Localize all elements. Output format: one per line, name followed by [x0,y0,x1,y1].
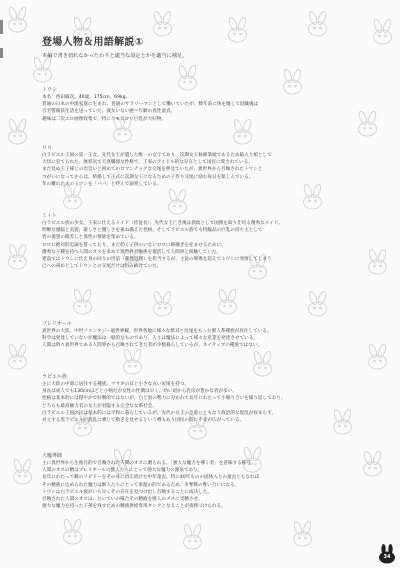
section-heading: 大魔導師 [42,452,362,459]
section-line: 身長は成人でも130cmほどと小柄だが女性の性徴は早く、幼い頃から乳房が豊かな者… [42,388,362,395]
section-line: トウシは白ラビエル族がいち早くその存在を見つけ出し召喚することに成功した。 [42,489,362,496]
section-line: 召喚された人間のオスは、たいていの場合その精液を獣人のメスに受精させ、 [42,496,362,503]
section-heading: プレリオール [42,320,362,327]
section-line: 性格は基本的には穏やかで好戦的ではないが、白と黒の勢力に分かれて長年にわたって小… [42,395,362,402]
section-heading: ミィト [42,212,362,219]
section-line: 年の離れた夫のトウシを「パパ」と呼んで溺愛している。 [42,181,362,188]
section-line: 強大な魔力を持った子孫を残すための精液供給専用タンクとなることが義務づけられる。 [42,503,362,510]
section-line: まだ見ぬ王子様との出会いと初めてのロマンチックな交尾を夢見ていたが、異世界から召… [42,166,362,173]
section-prelioール: プレリオール 異世界の大陸。中世ファンタジー風世界観。世界各地に様々な獣耳と尻尾… [42,320,362,350]
section-line: 建前ではトウシに仕え身の回りの世話（兼性処理）を担当するが、主従の関係を超えてト… [42,256,362,263]
page-title: 登場人物＆用語解説① [42,33,143,48]
section-line: 己への戒めとしてトウシとの交尾だけは拒み続けていた。 [42,263,362,270]
section-line: つがいになってからは、結婚して正式に次期女王になるための子作り交尾に励む毎日を楽… [42,174,362,181]
section-toushi: トウシ 本名：西田敏次。40歳。175cm、69kg。 普通の日本の中流家庭に生… [42,86,362,123]
section-line: 人間は時々異世界である人間界から召喚されてきた者が少数暮らしているが、ネイティブ… [42,342,362,349]
section-line: 本名：西田敏次。40歳。175cm、69kg。 [42,94,362,101]
section-rabiel-tribe: ラビエル族 主に大陸の中部に居住する種族。ウサギの耳と小さな丸い尻尾を持つ。 身… [42,373,362,424]
section-line: 普通の日本の中流家庭に生まれ、普通のサラリーマンとして働いていたが、数年前に体を… [42,101,362,108]
section-heading: ラビエル族 [42,373,362,380]
page-subtitle: 本編で書き切れなかったわりと適当な設定とかを適当に補足。 [42,52,187,59]
section-line: 優秀な子種を持つ人間のオスを求めて異世界召喚術を復活して人間界と接触していた。 [42,249,362,256]
section-line: 白ラビエル王国の民は基本的には平和に暮らしているが、先代の女王の急逝にともなう政… [42,410,362,417]
section-line: どちらも最高権力者の女王が君臨する完全な女系社会。 [42,403,362,410]
section-line: 長年にわたって雌のリビドーをその身に浴え続けた中年童貞、特に40年ものの固体入り… [42,474,362,481]
page-number-badge: 34 [378,544,396,564]
document-page: 登場人物＆用語解説① 本編で書き切れなかったわりと適当な設定とかを適当に補足。 … [0,0,400,568]
section-line: 皆の羨望の眼差しと異性の情欲を集めている。 [42,234,362,241]
section-line: 人間のオスの精はプレリオールの獣人たちにとって強大な魔力の源泉であり、 [42,467,362,474]
section-line: 対立する黒ラビエルが混乱に乗じて動きを見せるという噂もあり国民の間に不安が広がっ… [42,417,362,424]
scan-edge-mark [0,48,3,58]
section-line: その精液に込められた魔力は獣人たちにとって垂涎の的であるため、争奪戦の奪い合いに… [42,482,362,489]
section-roro: ロロ 白ラビエル王国の第一王女。先代女王が遺した唯一の女子であり、次期女王候補筆… [42,144,362,188]
page-number: 34 [378,554,396,560]
section-line: 主に異世界から生殖目的で召喚された人間のオスに贈られる、「強大な魔力を導く者」を… [42,460,362,467]
section-line: 白ラビエル族の少女。王家に仕えるメイド（侍従長）。先代女王亡き後は摂政として国務… [42,220,362,227]
section-line: 科学は発達していないが魔法は一般的なものであり、人々は魔法によって様々な産業を発… [42,335,362,342]
section-heading: トウシ [42,86,362,93]
scan-edge-mark [0,20,3,34]
section-heading: ロロ [42,144,362,151]
section-miito: ミィト 白ラビエル族の少女。王家に仕えるメイド（侍従長）。先代女王亡き後は摂政と… [42,212,362,270]
section-line: 自宅警備員生活を送っていた。彼女いない歴＝年齢の真性童貞。 [42,108,362,115]
section-line: ロロに絶対的忠誠を誓っており、まだ幼く子供のいないロロに跡継ぎを産ませるために、 [42,242,362,249]
section-line: 趣味は二次エロ画像収集で、特にケモ耳ロリ巨乳が大好物。 [42,116,362,123]
section-archmage: 大魔導師 主に異世界から生殖目的で召喚された人間のオスに贈られる、「強大な魔力を… [42,452,362,510]
section-line: 白ラビエル王国の第一王女。先代女王が遺した唯一の女子であり、次期女王候補筆頭であ… [42,152,362,159]
section-line: 大切に育てられた。無邪気で天真爛漫な性格で、王家のアイドル的な存在として国民に愛… [42,159,362,166]
section-line: 主に大陸の中部に居住する種族。ウサギの耳と小さな丸い尻尾を持つ。 [42,381,362,388]
section-line: 明晰な頭脳と美貌、厳しさと優しさを兼ね備えた性格。そしてラビエル族でも特級品の巨… [42,227,362,234]
section-line: 異世界の大陸。中世ファンタジー風世界観。世界各地に様々な獣耳と尻尾をもった獣人系… [42,328,362,335]
